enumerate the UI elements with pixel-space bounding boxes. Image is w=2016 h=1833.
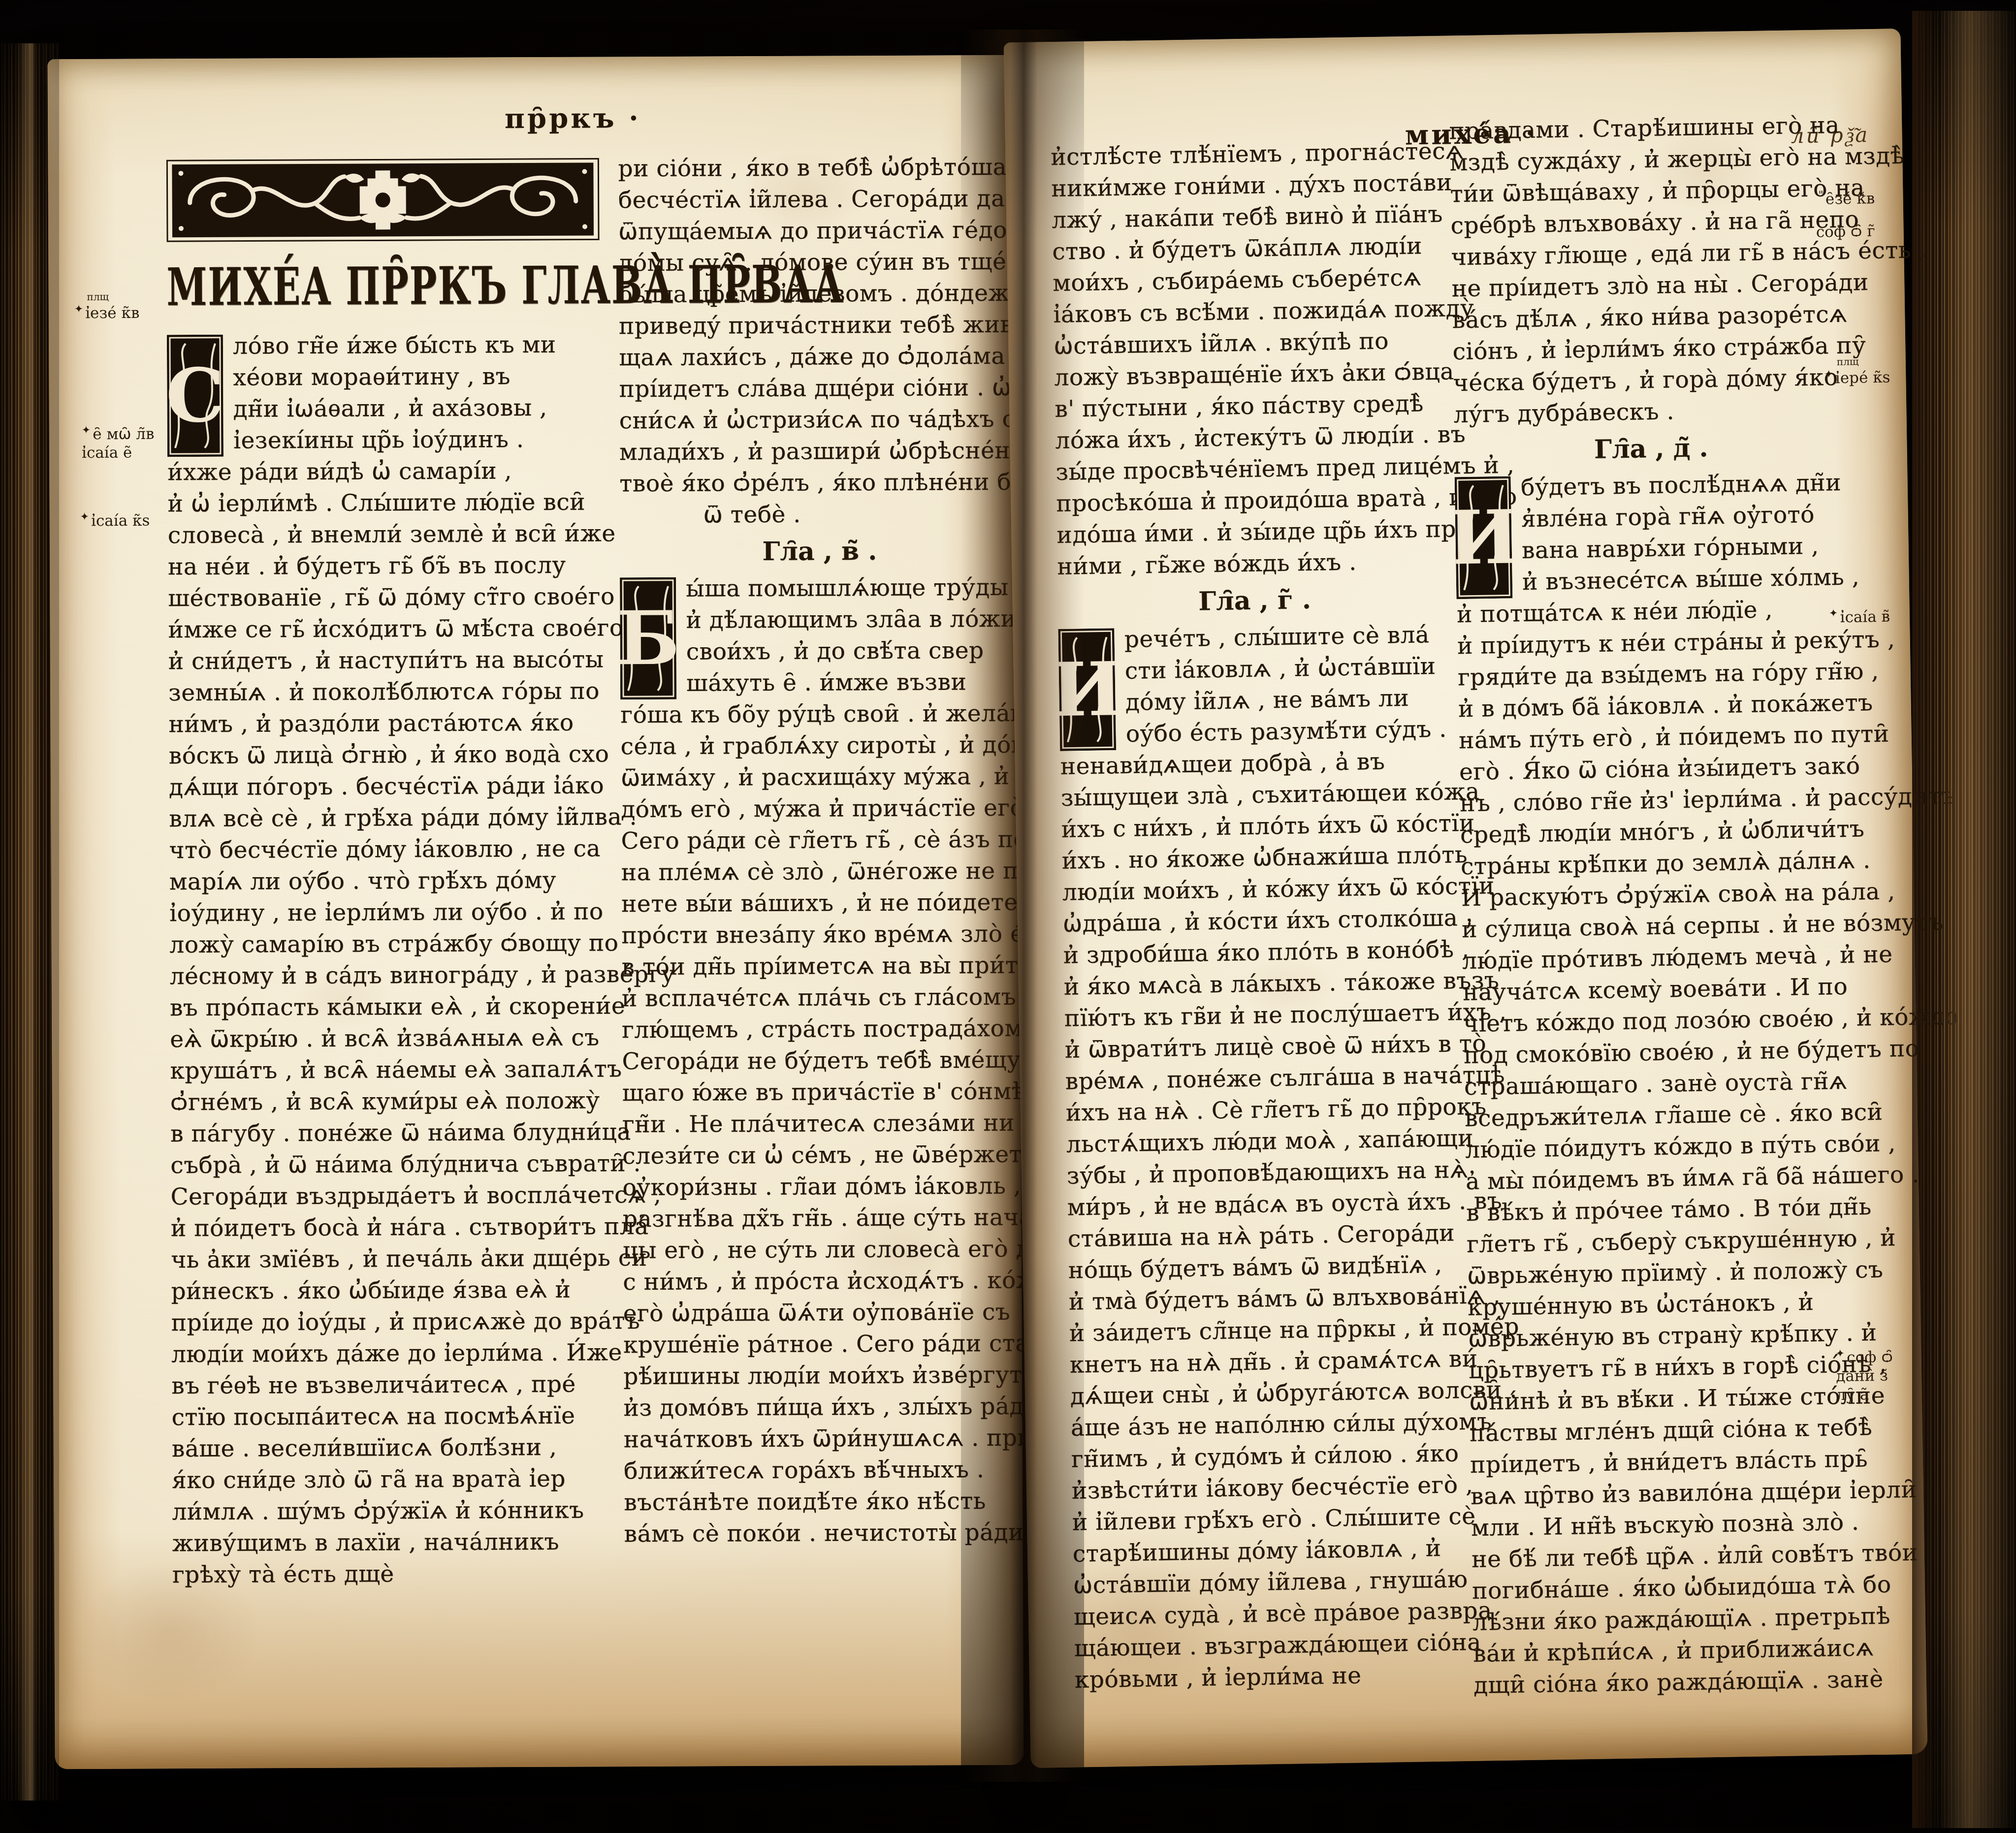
text-line: ѿпуща́емыѧ до прича́стїѧ ге́дова [618, 215, 1018, 248]
book-title: МИХЕ́А ПР̑РКЪ ГЛАВА̀ ПР̑ВАА [166, 245, 600, 329]
text-line: до́мъ его̀ , му́жа и̓ прича́стїе его̀ . [621, 792, 1021, 826]
text-line: круше́нїе ра́тное . Сего ра́ди ста [623, 1328, 1023, 1361]
margin-cross-reference: соф ѻ̑ г̃ [1816, 222, 1875, 242]
margin-cross-reference: "е̑зе́ к̃в [1818, 186, 1875, 209]
text-line: ни́мъ , и̓ раздо́ли раста́ютсѧ я́ко [168, 707, 602, 740]
text-line: ше́ствованїе , гь̃ ѿ до́му ст̃го свое́го… [168, 581, 601, 614]
text-line: се́ла , и̓ граблѧ́ху сироты̀ , и̓ до́мы [620, 729, 1020, 763]
text-line: ближи́тесѧ гора́хъ вѣ́чныхъ . [624, 1454, 1024, 1487]
text-line: круша́тъ , и̓ всѧ̑ на́емы еѧ̀ запалѧ́тъ [170, 1053, 603, 1087]
margin-cross-reference: ✦і̓саі́а в̃ [1829, 603, 1890, 627]
margin-cross-reference: ✦соф ѻ̑дани̑ з̃лу̑ а̃ [1835, 1344, 1893, 1404]
text-line: и̓ ѡ̓ і̓ерли́мѣ . Слы́шите лю́дїе вси̑ [167, 486, 601, 520]
right-page: михе́а · ли̑ рѯ̃а и̓стлѣ́сте тлѣ́нїемъ ,… [1004, 29, 1928, 1768]
text-line: дщи̑ сіо́на я́ко ражда́ющїѧ . занѐ [1473, 1664, 1868, 1702]
chapter-heading: Гл̑а , г̃ . [1057, 576, 1452, 625]
text-line: твоѐ я́ко ѻ̓ре́лъ , я́ко плѣне́ни бы́ша [619, 467, 1019, 500]
text-line: и́хже ра́ди ви́дѣ ѡ̓ самарі́и , [167, 455, 601, 488]
text-line: цы его̀ , не су́ть ли словеса̀ его̀ добр… [623, 1233, 1023, 1267]
text-line: и̓ дѣ́лающимъ зла̑а в ло́жи [620, 603, 1020, 637]
text-line: свои́хъ , и̓ до свѣ́та свер [620, 635, 1020, 668]
text-line: до́мы суѧ̑ . до́мове су́ин въ тще́ [618, 246, 1018, 280]
text-line: на пле́мѧ сѐ зло̀ , ѿне́гоже не подви́г [621, 855, 1021, 889]
text-line: дѧ́щи по́горъ . бесче́стїѧ ра́ди і̓а́ко [169, 770, 602, 803]
text-line: нете вы́и ва́шихъ , и̓ не по́идете [621, 887, 1021, 920]
text-line: словеса̀ , и̓ внемли́ землѐ и̓ вси̑ и́же [168, 518, 601, 551]
text-line: кро́вьми , и̓ і̓ерли́ма не [1074, 1658, 1469, 1696]
text-line: Сего ра́ди сѐ гл̃етъ гь̃ , сѐ а́зъ помыш… [621, 824, 1021, 857]
margin-cross-reference: плщ✦і̓езе́ к̃в [74, 293, 140, 322]
book-photograph: пр̑ркъ · [0, 0, 2016, 1833]
text-line: с ни́мъ , и̓ про́ста и̓сходѧ́тъ . ко́жу [623, 1265, 1023, 1298]
text-line: млади́хъ , и̓ разшири́ ѡ̓брѣсне́нїе [619, 435, 1019, 469]
text-line: дн̃и і̓ѡа́ѳали , и̓ аха́зовы , [167, 392, 600, 425]
text-line: нача́тковъ и́хъ ѿри́нушѧсѧ . при [624, 1422, 1024, 1456]
text-line: Сегора́ди въздрыда́етъ и̓ воспла́четсѧ , [170, 1179, 604, 1213]
text-line: рѣ́ишины люді́и мои́хъ и̓зве́ргутсѧ [623, 1359, 1023, 1393]
text-line: и̓ всплаче́тсѧ пла́чь съ гла́сомъ , [622, 981, 1022, 1015]
text-line: въ про́пасть ка́мыки еѧ̀ , и̓ скорени́е [170, 990, 603, 1024]
text-line: что̀ бесче́стїе до́му і̓а́ковлю , не са [169, 833, 602, 866]
running-head-left: пр̑ркъ · [505, 102, 641, 135]
svg-text:Б: Б [620, 595, 676, 682]
text-line: в па́губу . поне́же ѿ на́има блудни́ца [170, 1116, 604, 1150]
text-line: ва́мъ сѐ поко́и . нечистоты̀ ра́ди [624, 1517, 1024, 1550]
text-line: про́сти внеза́пу я́ко вре́мѧ зло̀ е́сть … [621, 918, 1021, 952]
headpiece-ornament-icon [166, 158, 600, 242]
text-line: идо́ша и́ми . и̓ зы́иде цр̃ь и́хъ пред [1056, 513, 1451, 551]
text-line: ри сіо́ни , я́ко в тебѣ̀ ѡ̓брѣто́шасѧ [618, 152, 1018, 185]
right-column-2: пра́вдами . Старѣ́ишины его̀ намздѣ̀ суж… [1449, 110, 1868, 1702]
text-line: ы́ша помышлѧ́юще тру́ды , [620, 572, 1020, 605]
book-fore-edge-right [1912, 11, 2016, 1828]
text-line: разгнѣ́ва дх̃ъ гн̃ь . а́ще су́ть нача́т [623, 1202, 1023, 1235]
text-line: въста́нѣте поидѣ́те я́ко нѣ́сть [624, 1485, 1024, 1519]
text-line: марі́ѧ ли оу́бо . что̀ грѣ́хъ до́му [169, 864, 603, 898]
text-line: бесче́стїѧ і̓и̃лева . Сегора́ди даси́ [618, 183, 1018, 217]
text-line: бы́ша цр̃емъ і̓и̃левомъ . до́ндеже [618, 278, 1018, 311]
text-line: слези́те си ѡ̓ се́мъ , не ѿве́ржетъ бо [622, 1139, 1022, 1172]
text-line: щаго ю́же въ прича́стїе в' со́нмѣ [622, 1076, 1022, 1109]
text-line: и́мже се гь̃ и̓схо́дитъ ѿ мѣ́ста свое́го… [168, 612, 601, 646]
text-line: во́скъ ѿ лица̀ ѻ̓гню̀ , и̓ я́ко вода̀ сх… [168, 738, 602, 772]
text-line: его̀ ѡ̓дра́ша ѿѧ́ти оу̓пова́нїе съ [623, 1296, 1023, 1330]
margin-cross-reference: ✦е̑ мѡ̑ л̃ві̓саі́а е̃ [82, 421, 155, 462]
text-line: прі́идетъ сла́ва дще́ри сіо́ни . ѡ̓бри́ [619, 372, 1019, 406]
text-line: я́ко сни́де зло̀ ѿ га̃ на врата̀ і̓ер [172, 1463, 605, 1496]
text-line: ва́ше . весели́вшїисѧ болѣ́зни , [172, 1431, 605, 1465]
text-line: на не́и . и̓ бу́детъ гь̃ бъ̃ въ послу [168, 549, 601, 583]
text-line: влѧ всѐ сѐ , и̓ грѣ́ха ра́ди до́му і̓и̃л… [169, 801, 602, 835]
text-line: щаѧ лахи́съ , да́же до ѻ̓дола́ма [619, 341, 1019, 374]
text-line: глю́щемъ , стра́сть пострада́хомъ . [622, 1013, 1022, 1046]
text-line: ли́млѧ . шу́мъ ѻ̓ру́жїѧ и̓ ко́нникъ [172, 1494, 605, 1528]
chapter-heading: Гл̑а , в̃ . [620, 530, 1020, 574]
left-column-1: МИХЕ́А ПР̑РКЪ ГЛАВА̀ ПР̑ВАА Сло́во гн̃е … [166, 158, 606, 1591]
book-fore-edge-left [0, 43, 59, 1801]
text-line: и̓ възнесе́тсѧ вы́ше хо́лмь , [1456, 562, 1850, 600]
text-line: ло́во гн̃е и́же бы́сть къ ми [167, 329, 600, 362]
text-line: и̓ по́идетъ боса̀ и̓ на́га . сътвори́тъ … [171, 1211, 604, 1244]
text-line: ри́нескъ . я́ко ѡ̓бы́иде я́зва еѧ̀ и̓ [171, 1274, 604, 1307]
chapter-heading: Гл̑а , д̃ . [1454, 425, 1848, 474]
text-line: го́ша къ бо̃у ру́цѣ свои̑ . и̓ жела́ша [620, 698, 1020, 731]
text-line: і̓оу́дину , не і̓ерли́мъ ли оу́бо . и̓ п… [169, 896, 603, 929]
text-line: ѿима́ху , и̓ расхища́ху му́жа , и̓ [621, 761, 1021, 794]
ornate-initial-И: И [1455, 476, 1513, 599]
text-line: приведу́ прича́стники тебѣ̀ живу́ [619, 309, 1019, 343]
text-line: оу̓кори́зны . гл̃аи до́мъ і̓а́ковль , [622, 1170, 1022, 1204]
left-column-2: ри сіо́ни , я́ко в тебѣ̀ ѡ̓брѣто́шасѧбес… [618, 152, 1024, 1550]
text-line: живу́щимъ в лахїи , нача́лникъ [172, 1526, 605, 1559]
text-line: сни́сѧ и̓ ѡ̓стризи́сѧ по ча́дѣхъ свои́хъ [619, 404, 1019, 437]
left-page: пр̑ркъ · [47, 55, 1024, 1770]
text-line: Сегора́ди не бу́детъ тебѣ̀ вме́щу [622, 1044, 1022, 1078]
ornate-initial-Б: Б [620, 577, 676, 699]
margin-cross-reference: ✦і̓саі́а к̃ѕ [80, 507, 150, 530]
text-line: земны́ѧ . и̓ поколѣ́блютсѧ го́ры по [168, 675, 602, 709]
text-line: хе́ови мораѳи́тину , въ [167, 360, 600, 394]
svg-text:И: И [1058, 646, 1116, 733]
text-line: ща́ющеи . възгражда́ющеи сіо́на [1074, 1627, 1468, 1665]
text-line: чь а̓ки змїе́въ , и̓ печа́ль а̓ки дще́рь… [171, 1242, 604, 1276]
text-line: і̓езекі́ины цр̃ь і̓оу́динъ . [167, 423, 601, 457]
text-line: ѿ тебѐ . [619, 498, 1019, 532]
text-line: еѧ̀ ѿкры́ю . и̓ всѧ̑ и̓зва́ѧныѧ еѧ̀ съ [170, 1022, 603, 1055]
text-line: гн̃и . Не пла́читесѧ слеза́ми ни [622, 1107, 1022, 1141]
text-line: в то́и дн̃ь прі́иметсѧ на вы̀ при́тча , [621, 950, 1021, 983]
ornate-initial-С: С [167, 335, 224, 457]
text-line: стїю посыпа́итесѧ на посмѣѧ́нїе [171, 1400, 605, 1433]
svg-text:И: И [1455, 494, 1513, 581]
text-line: люді́и мои́хъ да́же до і̓ерли́ма . И́же [171, 1337, 605, 1370]
text-line: ложу̀ самарі́ю въ стра́жбу ѻ́вощу по [169, 927, 603, 961]
text-line: събра̀ , и̓ ѿ на́има блу́днича съврати̑ … [170, 1148, 604, 1181]
text-line: ша́хуть е̑ . и́мже възви [620, 666, 1020, 700]
margin-cross-reference: плщ✦і̓ере́ к̃ѕ [1824, 357, 1890, 387]
text-line: оу́бо е́сть разумѣ́ти су́дъ . [1059, 713, 1454, 751]
ornate-initial-И: И [1058, 628, 1116, 751]
text-line: въ ге́ѳѣ не възвелича́итесѧ , пре́ [171, 1368, 605, 1402]
text-line: прі́иде до і̓оу́ды , и̓ присѧжѐ до вра́т… [171, 1305, 604, 1339]
text-line: ле́сному и̓ в са́дъ виногра́ду , и̓ разв… [169, 959, 603, 992]
text-line: грѣху̀ та̀ е́сть дщѐ [172, 1557, 606, 1591]
right-column-1: и̓стлѣ́сте тлѣ́нїемъ , прогна́стесѧники́… [1051, 135, 1469, 1696]
text-line: и̓з домо́въ пи́ща и́хъ , злы́хъ ра́ди [623, 1391, 1023, 1424]
text-line: ѻ̓гне́мъ , и̓ всѧ̑ куми́ры еѧ̀ положу̀ [170, 1085, 604, 1118]
text-line: и̓ сни́детъ , и̓ наступи́тъ на высо́ты [168, 644, 602, 677]
text-line: че́ска бу́детъ , и̓ гора̀ до́му я́ко [1453, 362, 1847, 400]
svg-text:С: С [167, 352, 224, 440]
